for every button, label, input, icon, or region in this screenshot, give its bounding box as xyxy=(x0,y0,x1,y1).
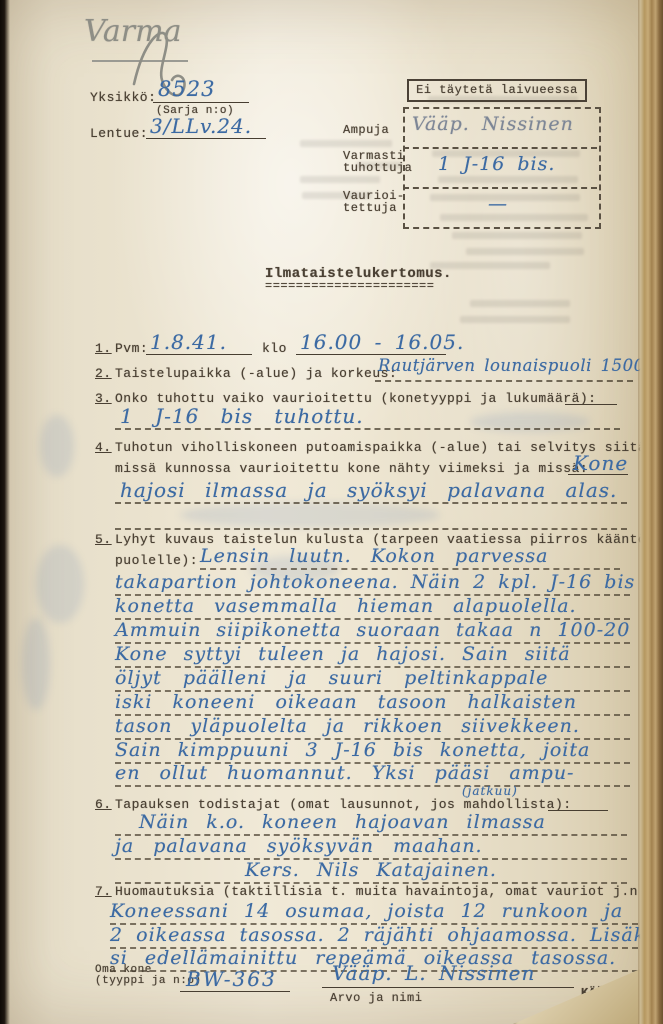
item4-label-line2: missä kunnossa vaurioitettu kone nähty v… xyxy=(115,461,588,476)
item7-line-text: Koneessani 14 osumaa, joista 12 runkoon … xyxy=(110,900,623,922)
item1-number: 1. xyxy=(95,341,112,356)
flight-label: Lentue: xyxy=(90,126,148,141)
flight-underline xyxy=(146,124,266,139)
damaged-label: Vaurioi- tettuja xyxy=(343,190,405,214)
item5-line: tason yläpuolelta ja rikkoen siivekkeen. xyxy=(115,714,630,740)
item4-number: 4. xyxy=(95,440,112,455)
destroyed-value: 1 J-16 bis. xyxy=(438,153,555,175)
item5-line: konetta vasemmalla hieman alapuolella. xyxy=(115,594,630,620)
item6-line: Näin k.o. koneen hajoavan ilmassa xyxy=(115,810,627,836)
item5-continued-note: (jatkuu) xyxy=(462,784,518,798)
item7-line-text: 2 oikeassa tasossa. 2 räjähti ohjaamossa… xyxy=(110,924,653,946)
item5-line-text: Sain kimppuuni 3 J-16 bis konetta, joita xyxy=(115,739,590,761)
binding-edge xyxy=(0,0,10,1024)
item5-line: iski koneeni oikeaan tasoon halkaisten xyxy=(115,690,630,716)
item5-number: 5. xyxy=(95,532,112,547)
item5-line-text: en ollut huomannut. Yksi pääsi ampu- xyxy=(115,762,574,784)
no-fill-notice: Ei täytetä laivueessa xyxy=(407,79,587,102)
item4-label-line1: Tuhotun viholliskoneen putoamispaikka (-… xyxy=(115,440,646,455)
item5-line: Kone syttyi tuleen ja hajosi. Sain siitä xyxy=(115,642,630,668)
item7-label: Huomautuksia (taktillisia t. muita havai… xyxy=(115,884,663,899)
item2-number: 2. xyxy=(95,366,112,381)
signature-caption: Arvo ja nimi xyxy=(330,991,422,1005)
item5-line: en ollut huomannut. Yksi pääsi ampu- xyxy=(115,761,630,787)
item5-first-line: Lensin luutn. Kokon parvessa xyxy=(200,544,620,570)
shooter-value: Vääp. Nissinen xyxy=(412,113,574,135)
item5-line-text: konetta vasemmalla hieman alapuolella. xyxy=(115,595,577,617)
item6-line: ja palavana syöksyvän maahan. xyxy=(115,834,627,860)
item1-klo-label: klo xyxy=(262,341,287,356)
item4-empty-line xyxy=(115,514,627,530)
unit-label: Yksikkö: xyxy=(90,90,156,105)
title-rule: ====================== xyxy=(265,279,434,293)
destroyed-label: Varmasti tuhottuja xyxy=(343,150,405,174)
item5-line: Ammuin siipikonetta suoraan takaa n 100-… xyxy=(115,618,630,644)
item5-line: takapartion johtokoneena. Näin 2 kpl. J-… xyxy=(115,570,630,596)
page-stack-edge xyxy=(638,0,663,1024)
item3-underline xyxy=(115,414,620,430)
unit-underline xyxy=(153,88,249,103)
item5-line-text: takapartion johtokoneena. Näin 2 kpl. J-… xyxy=(115,571,635,593)
item1-label: Pvm: xyxy=(115,341,148,356)
item5-line-text: tason yläpuolelta ja rikkoen siivekkeen. xyxy=(115,715,580,737)
item1-time-underline xyxy=(296,342,446,355)
own-plane-underline xyxy=(180,978,290,992)
item5-line-text: Ammuin siipikonetta suoraan takaa n 100-… xyxy=(115,619,663,641)
item5-line-text: Kone syttyi tuleen ja hajosi. Sain siitä xyxy=(115,643,571,665)
item5-label-line2: puolelle): xyxy=(115,553,198,568)
item3-trailing-underline xyxy=(565,392,617,405)
item5-line: öljyt päälleni ja suuri peltinkappale xyxy=(115,666,630,692)
score-table-separator xyxy=(403,173,597,189)
item6-line: Kers. Nils Katajainen. xyxy=(115,858,627,884)
item7-number: 7. xyxy=(95,884,112,899)
shooter-label: Ampuja xyxy=(343,123,389,137)
signature-line xyxy=(322,974,574,988)
item5-first-text: Lensin luutn. Kokon parvessa xyxy=(200,545,548,567)
item6-number: 6. xyxy=(95,797,112,812)
item6-line-text: Näin k.o. koneen hajoavan ilmassa xyxy=(139,811,546,833)
item3-number: 3. xyxy=(95,391,112,406)
item1-date-underline xyxy=(146,342,252,355)
score-table-separator xyxy=(403,133,597,149)
item7-line: Koneessani 14 osumaa, joista 12 runkoon … xyxy=(110,899,638,925)
item6-line-text: ja palavana syöksyvän maahan. xyxy=(115,835,483,857)
item2-label: Taistelupaikka (-alue) ja korkeus: xyxy=(115,366,397,381)
item5-line-text: öljyt päälleni ja suuri peltinkappale xyxy=(115,667,548,689)
item4-underline xyxy=(115,488,627,504)
item6-line-text: Kers. Nils Katajainen. xyxy=(245,859,497,881)
damaged-value: — xyxy=(488,193,508,215)
item5-line-text: iski koneeni oikeaan tasoon halkaisten xyxy=(115,691,577,713)
item4-inline-underline xyxy=(568,462,628,475)
scanned-combat-report: Varma Yksikkö: 8523 (Sarja n:o) Lentue: … xyxy=(0,0,663,1024)
item2-underline xyxy=(375,366,633,382)
